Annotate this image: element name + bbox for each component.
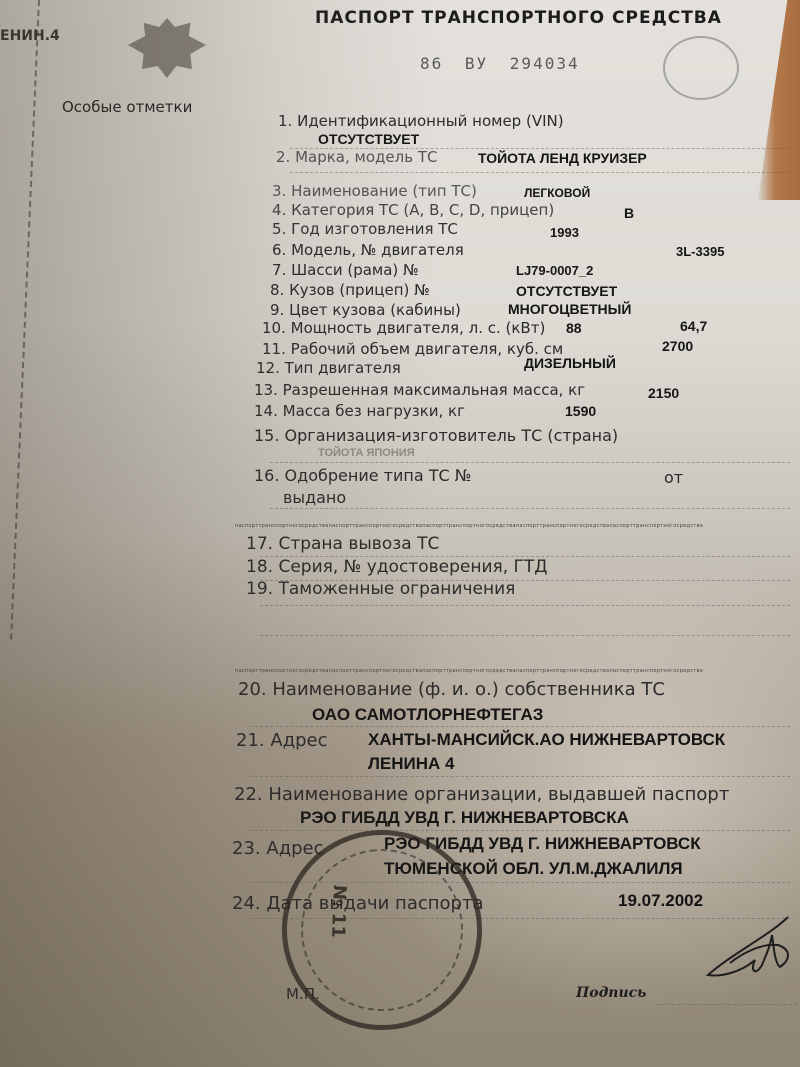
field-9-label: 9. Цвет кузова (кабины) — [270, 301, 461, 319]
field-11-label: 11. Рабочий объем двигателя, куб. см — [262, 340, 563, 358]
field-15-value: ТОЙОТА ЯПОНИЯ — [318, 447, 415, 459]
signature-line — [657, 1004, 797, 1005]
table-background — [758, 0, 800, 200]
field-6-label: 6. Модель, № двигателя — [272, 241, 464, 259]
rule — [270, 508, 790, 509]
field-6-value: 3L-3395 — [676, 244, 724, 259]
star-emblem-icon — [128, 18, 206, 78]
field-4-value: В — [624, 205, 634, 221]
field-2-label: 2. Марка, модель ТС — [276, 148, 437, 166]
signature-icon — [700, 915, 795, 985]
field-1-value: ОТСУТСТВУЕТ — [318, 131, 419, 147]
field-10-value-kw: 64,7 — [680, 318, 707, 334]
rule — [250, 776, 790, 777]
field-7-value: LJ79-0007_2 — [516, 263, 593, 278]
special-marks-heading: Особые отметки — [62, 98, 192, 116]
field-13-value: 2150 — [648, 385, 679, 401]
security-microtext: паспорттранспортногосредствапаспорттранс… — [235, 523, 800, 529]
field-12-label: 12. Тип двигателя — [256, 359, 401, 377]
rule — [270, 462, 790, 463]
rule — [250, 830, 790, 831]
page-fold-line — [10, 0, 42, 640]
field-3-value: ЛЕГКОВОЙ — [524, 186, 590, 200]
field-5-label: 5. Год изготовления ТС — [272, 220, 458, 238]
vehicle-passport-page: ЕНИН.4 Особые отметки ПАСПОРТ ТРАНСПОРТН… — [0, 0, 800, 1067]
field-3-label: 3. Наименование (тип ТС) — [272, 182, 477, 200]
field-7-label: 7. Шасси (рама) № — [272, 261, 419, 279]
field-8-label: 8. Кузов (прицеп) № — [270, 281, 430, 299]
field-21-value-line2: ЛЕНИНА 4 — [368, 754, 455, 774]
field-15-label: 15. Организация-изготовитель ТС (страна) — [254, 426, 618, 445]
field-9-value: МНОГОЦВЕТНЫЙ — [508, 301, 631, 317]
rule — [250, 726, 790, 727]
field-21-label: 21. Адрес — [236, 730, 328, 751]
field-16-label: 16. Одобрение типа ТС № — [254, 466, 471, 485]
field-22-label: 22. Наименование организации, выдавшей п… — [234, 784, 729, 805]
rule — [260, 605, 790, 606]
field-17-label: 17. Страна вывоза ТС — [246, 534, 439, 554]
field-11-value: 2700 — [662, 338, 693, 354]
stamp-place-label: М.П. — [286, 985, 320, 1003]
field-5-value: 1993 — [550, 225, 579, 240]
field-18-label: 18. Серия, № удостоверения, ГТД — [246, 557, 548, 577]
document-serial-number: 86 ВУ 294034 — [420, 54, 580, 73]
field-12-value: ДИЗЕЛЬНЫЙ — [524, 355, 616, 371]
field-20-value: ОАО САМОТЛОРНЕФТЕГАЗ — [312, 705, 543, 725]
field-14-value: 1590 — [565, 403, 596, 419]
field-23-label: 23. Адрес — [232, 838, 324, 859]
rule — [290, 172, 790, 173]
field-16-issued-label: выдано — [283, 488, 346, 507]
field-10-label: 10. Мощность двигателя, л. с. (кВт) — [262, 319, 545, 337]
field-16-from-label: от — [664, 468, 683, 487]
field-24-value: 19.07.2002 — [618, 891, 703, 911]
field-21-value: ХАНТЫ-МАНСИЙСК.АО НИЖНЕВАРТОВСК — [368, 730, 725, 750]
field-19-label: 19. Таможенные ограничения — [246, 579, 515, 599]
field-1-label: 1. Идентификационный номер (VIN) — [278, 112, 564, 130]
security-microtext: паспорттранспортногосредствапаспорттранс… — [235, 668, 800, 674]
signature-label: Подпись — [576, 985, 646, 1001]
field-8-value: ОТСУТСТВУЕТ — [516, 283, 617, 299]
left-page-fragment: ЕНИН.4 — [0, 28, 60, 44]
stamp-number: № 11 — [327, 885, 350, 939]
field-13-label: 13. Разрешенная максимальная масса, кг — [254, 381, 585, 399]
field-20-label: 20. Наименование (ф. и. о.) собственника… — [238, 679, 665, 700]
watermark-emblem-icon — [663, 36, 739, 100]
document-title: ПАСПОРТ ТРАНСПОРТНОГО СРЕДСТВА — [315, 8, 722, 28]
field-14-label: 14. Масса без нагрузки, кг — [254, 402, 465, 420]
field-2-value: ТОЙОТА ЛЕНД КРУИЗЕР — [478, 150, 647, 166]
rule — [260, 635, 790, 636]
field-10-value-hp: 88 — [566, 320, 582, 336]
field-22-value: РЭО ГИБДД УВД Г. НИЖНЕВАРТОВСКА — [300, 808, 629, 828]
field-4-label: 4. Категория ТС (A, B, C, D, прицеп) — [272, 201, 554, 219]
